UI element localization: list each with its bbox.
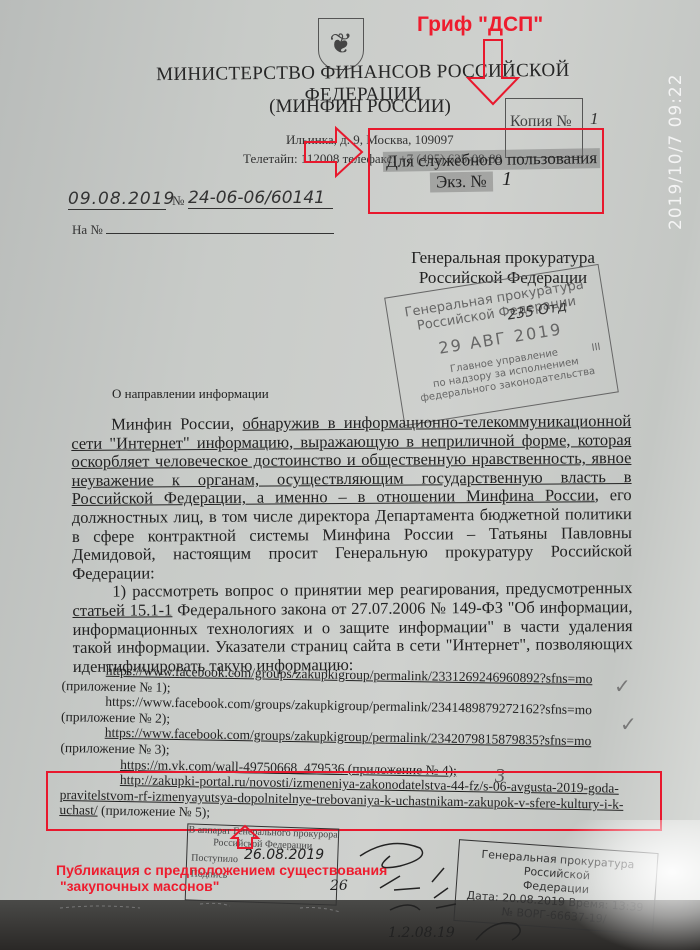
light-glare [560, 820, 700, 950]
dsp-stamp-text: Для служебного пользования [383, 148, 600, 172]
p2-underlined: статьей 15.1-1 [72, 600, 172, 620]
reply-to-label: На № [72, 222, 103, 238]
photo-timestamp: 2019/10/7 09:22 [666, 73, 686, 230]
p1-start: Минфин России, [111, 414, 242, 434]
dsp-ekz-number: 1 [502, 168, 512, 191]
grif-annotation-label: Гриф "ДСП" [417, 13, 543, 37]
paragraph-1: Минфин России, обнаружив в информационно… [71, 412, 632, 583]
addressee-line1: Генеральная прокуратура [398, 248, 608, 268]
checkmark-icon: ✓ [614, 674, 631, 699]
handwritten-date-2: 1.2.08.19 [388, 925, 455, 941]
doc-number: 24-06-06/60141 [188, 188, 333, 209]
handwritten-date-1: 26 [330, 878, 348, 894]
checkmark-icon: ✓ [620, 712, 637, 737]
received-stamp-roman: III [591, 342, 601, 354]
paragraph-2: 1) рассмотреть вопрос о принятии мер реа… [72, 579, 633, 676]
dsp-ekz-label: Экз. № [430, 171, 493, 192]
doc-date: 09.08.2019 [68, 189, 166, 210]
pub-label-line1: Публикация с предположением существовани… [56, 862, 387, 878]
subject-line: О направлении информации [112, 386, 269, 402]
reply-to-line [106, 233, 334, 234]
office-stamp-date: 26.08.2019 [244, 847, 324, 863]
letter-body: Минфин России, обнаружив в информационно… [71, 412, 633, 676]
copy-stamp-number: 1 [590, 109, 599, 129]
ministry-short-name: (МИНФИН РОССИИ) [250, 96, 470, 118]
doc-number-label: № [172, 193, 184, 209]
